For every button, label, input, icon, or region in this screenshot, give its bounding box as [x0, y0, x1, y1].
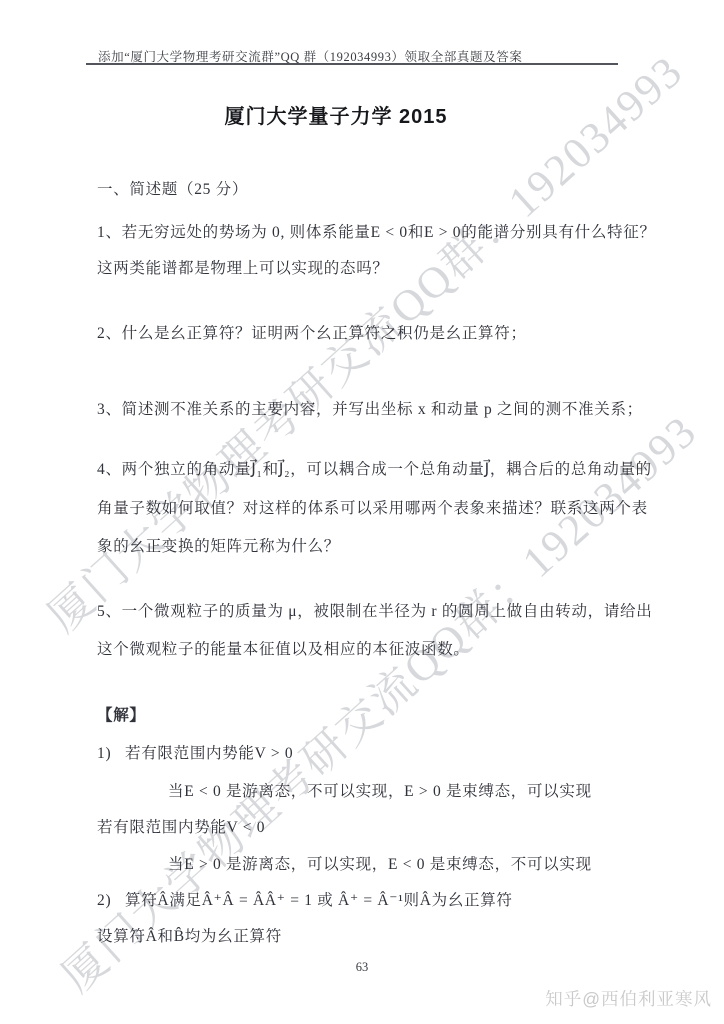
solution-2-line-2: 设算符Â和B̂均为幺正算符	[97, 924, 282, 946]
solution-1-line-2: 当E < 0 是游离态，不可以实现，E > 0 是束缚态，可以实现	[168, 779, 592, 801]
question-3-line-1: 3、简述测不准关系的主要内容，并写出坐标 x 和动量 p 之间的测不准关系；	[97, 397, 643, 419]
solution-label: 【解】	[97, 703, 146, 725]
question-4-line-3: 象的幺正变换的矩阵元称为什么？	[97, 534, 340, 556]
question-1-line-2: 这两类能谱都是物理上可以实现的态吗？	[97, 256, 389, 278]
exam-document-page: 厦门大学物理考研交流QQ群：192034993 厦门大学物理考研交流QQ群：19…	[0, 0, 724, 1024]
diagonal-watermark-lower: 厦门大学物理考研交流QQ群：192034993	[45, 397, 709, 1004]
question-1-line-1: 1、若无穷远处的势场为 0, 则体系能量E < 0和E > 0的能谱分别具有什么…	[97, 220, 656, 242]
solution-1-line-3: 若有限范围内势能V < 0	[97, 815, 265, 837]
question-4-line-2: 角量子数如何取值？对这样的体系可以采用哪两个表象来描述？联系这两个表	[97, 496, 648, 518]
question-4-line-1: 4、两个独立的角动量J⃗₁和J⃗₂，可以耦合成一个总角动量J⃗，耦合后的总角动量…	[97, 457, 652, 479]
header-divider	[86, 63, 618, 65]
solution-1-line-1: 1) 若有限范围内势能V > 0	[97, 741, 293, 763]
page-title: 厦门大学量子力学 2015	[0, 100, 672, 129]
section-heading: 一、简述题（25 分）	[97, 177, 248, 199]
question-2-line-1: 2、什么是幺正算符？证明两个幺正算符之积仍是幺正算符；	[97, 321, 527, 343]
zhihu-corner-watermark: 知乎@西伯利亚寒风	[545, 986, 712, 1011]
solution-2-line-1: 2) 算符Â满足Â⁺Â = ÂÂ⁺ = 1 或 Â⁺ = Â⁻¹则Â为幺正算符	[97, 888, 513, 910]
question-5-line-1: 5、一个微观粒子的质量为 μ，被限制在半径为 r 的圆周上做自由转动，请给出	[97, 599, 652, 621]
page-number: 63	[0, 960, 724, 975]
solution-1-line-4: 当E > 0 是游离态，可以实现，E < 0 是束缚态，不可以实现	[168, 852, 592, 874]
question-5-line-2: 这个微观粒子的能量本征值以及相应的本征波函数。	[97, 637, 470, 659]
